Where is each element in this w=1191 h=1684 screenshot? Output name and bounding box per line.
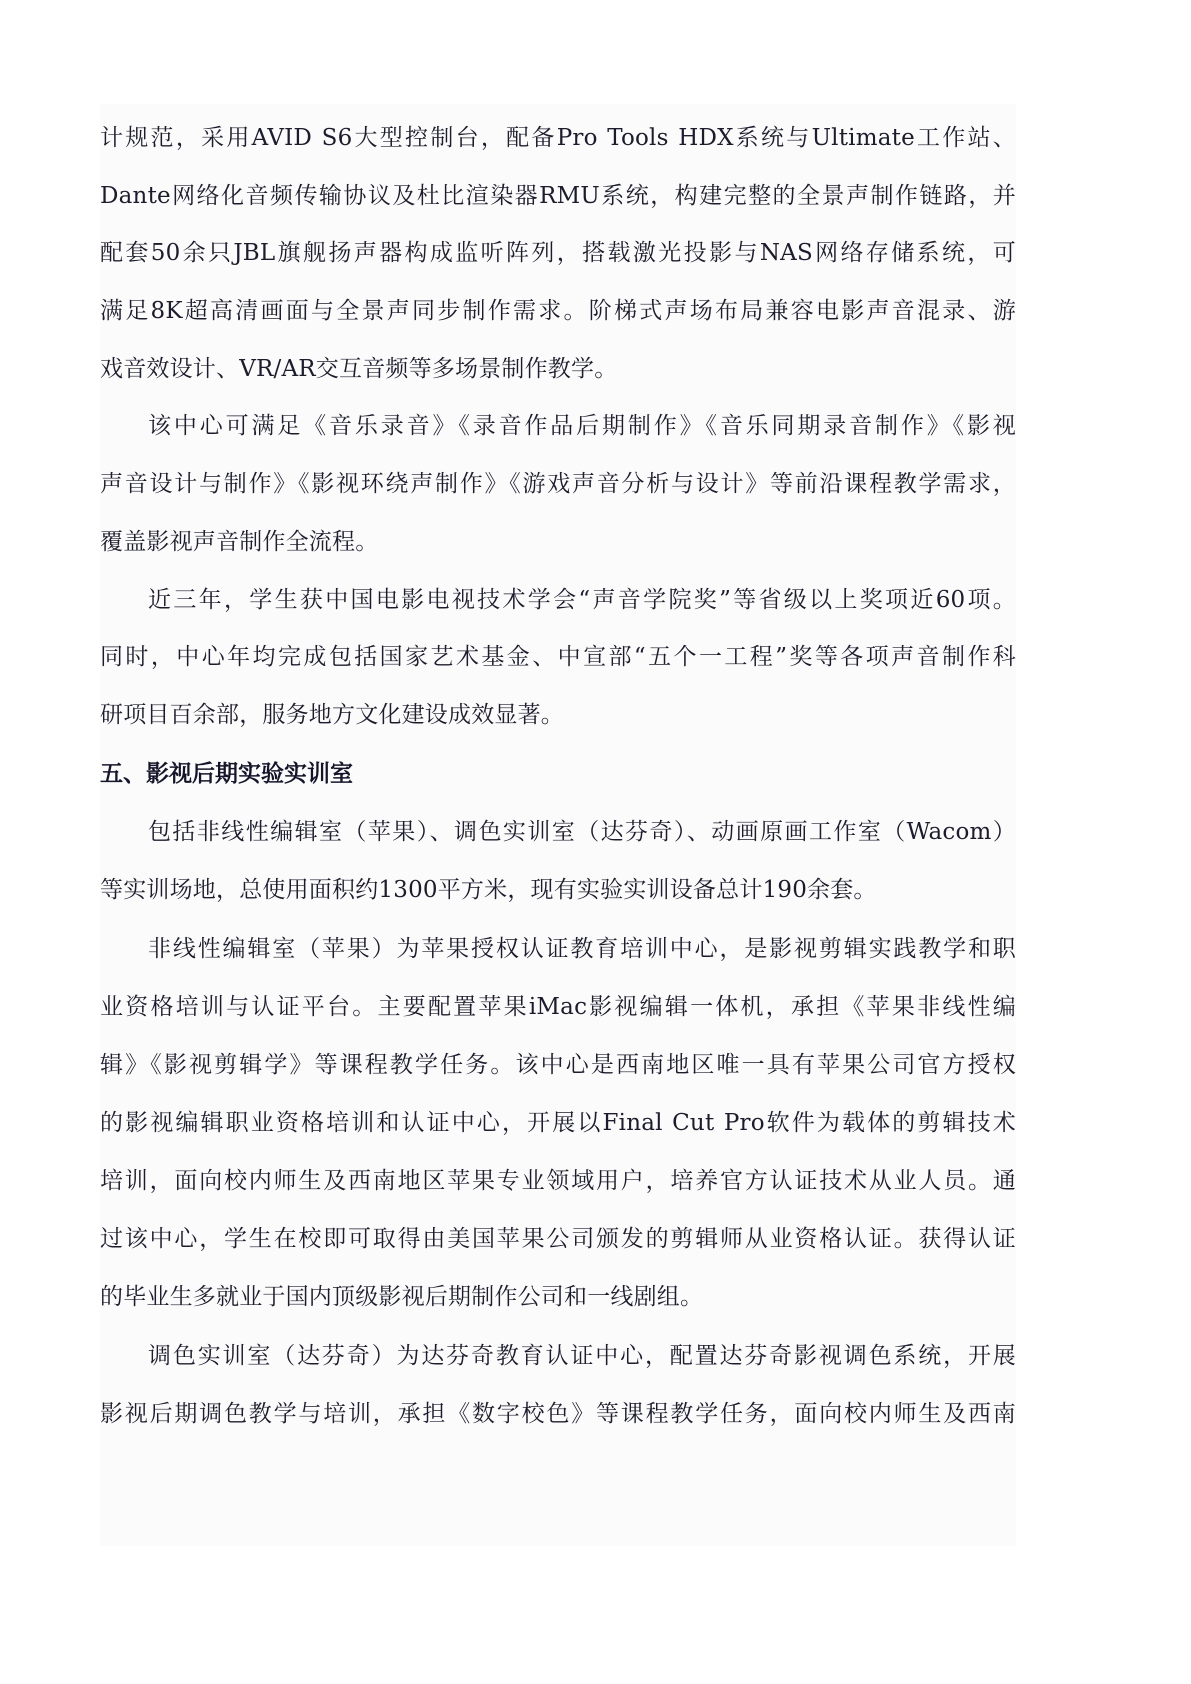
document-page: 计规范，采用AVID S6大型控制台，配备Pro Tools HDX系统与Ult… <box>0 0 1191 1684</box>
paragraph-line: Dante网络化音频传输协议及杜比渲染器RMU系统，构建完整的全景声制作链路，并 <box>100 176 1016 216</box>
paragraph-line: 培训，面向校内师生及西南地区苹果专业领域用户，培养官方认证技术从业人员。通 <box>100 1161 1016 1201</box>
paragraph-line: 等实训场地，总使用面积约1300平方米，现有实验实训设备总计190余套。 <box>100 870 877 910</box>
paragraph-line: 覆盖影视声音制作全流程。 <box>100 522 378 562</box>
paragraph-line: 该中心可满足《音乐录音》《录音作品后期制作》《音乐同期录音制作》《影视 <box>148 406 1016 446</box>
text-block: 计规范，采用AVID S6大型控制台，配备Pro Tools HDX系统与Ult… <box>100 104 1016 1546</box>
paragraph-line: 非线性编辑室（苹果）为苹果授权认证教育培训中心，是影视剪辑实践教学和职 <box>148 929 1016 969</box>
paragraph-line: 声音设计与制作》《影视环绕声制作》《游戏声音分析与设计》等前沿课程教学需求， <box>100 464 1016 504</box>
paragraph-line: 包括非线性编辑室（苹果）、调色实训室（达芬奇）、动画原画工作室（Wacom） <box>148 812 1016 852</box>
paragraph-line: 计规范，采用AVID S6大型控制台，配备Pro Tools HDX系统与Ult… <box>100 118 1016 158</box>
paragraph-line: 影视后期调色教学与培训，承担《数字校色》等课程教学任务，面向校内师生及西南 <box>100 1394 1016 1434</box>
paragraph-line: 辑》《影视剪辑学》等课程教学任务。该中心是西南地区唯一具有苹果公司官方授权 <box>100 1045 1016 1085</box>
paragraph-line: 近三年，学生获中国电影电视技术学会“声音学院奖”等省级以上奖项近60项。 <box>148 580 1016 620</box>
paragraph-line: 配套50余只JBL旗舰扬声器构成监听阵列，搭载激光投影与NAS网络存储系统，可 <box>100 233 1016 273</box>
section-heading: 五、影视后期实验实训室 <box>100 754 353 794</box>
paragraph-line: 过该中心，学生在校即可取得由美国苹果公司颁发的剪辑师从业资格认证。获得认证 <box>100 1219 1016 1259</box>
paragraph-line: 的毕业生多就业于国内顶级影视后期制作公司和一线剧组。 <box>100 1277 703 1317</box>
paragraph-line: 满足8K超高清画面与全景声同步制作需求。阶梯式声场布局兼容电影声音混录、游 <box>100 291 1016 331</box>
paragraph-line: 的影视编辑职业资格培训和认证中心，开展以Final Cut Pro软件为载体的剪… <box>100 1103 1016 1143</box>
paragraph-line: 研项目百余部，服务地方文化建设成效显著。 <box>100 695 564 735</box>
paragraph-line: 调色实训室（达芬奇）为达芬奇教育认证中心，配置达芬奇影视调色系统，开展 <box>148 1336 1016 1376</box>
paragraph-line: 业资格培训与认证平台。主要配置苹果iMac影视编辑一体机，承担《苹果非线性编 <box>100 987 1016 1027</box>
paragraph-line: 戏音效设计、VR/AR交互音频等多场景制作教学。 <box>100 349 617 389</box>
paragraph-line: 同时，中心年均完成包括国家艺术基金、中宣部“五个一工程”奖等各项声音制作科 <box>100 637 1016 677</box>
